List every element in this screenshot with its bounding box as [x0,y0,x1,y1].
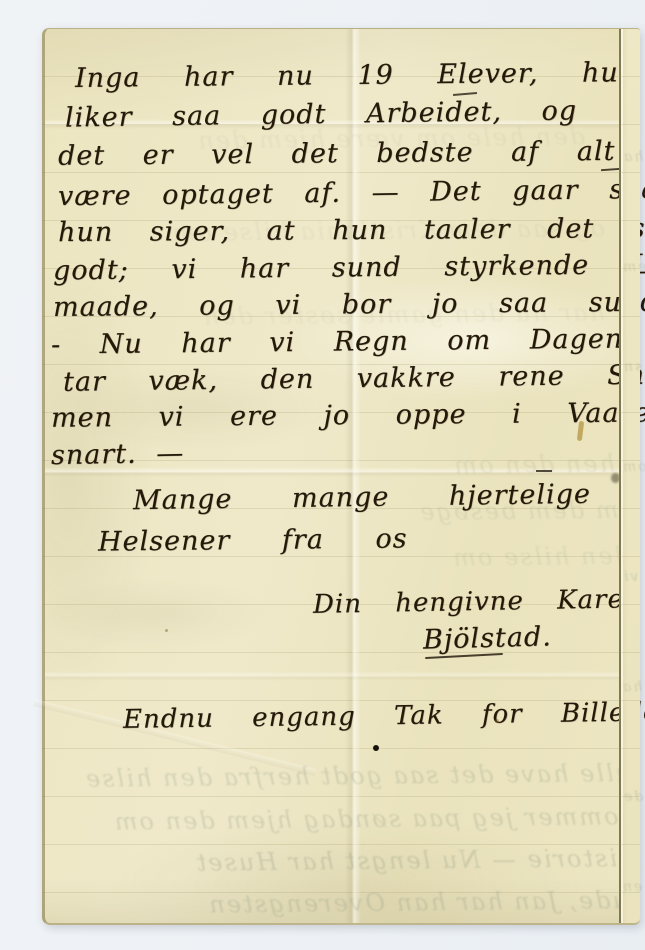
ink-bleedthrough-line: alle have det saa godt herfra den hilse [75,759,630,793]
right-fold-strip: ha dem sn om vi ha de en [619,29,640,923]
handwriting-line-13: Helsener fra os [98,522,408,559]
handwriting-line-4: være optaget af. — Det gaar saa bra [58,172,645,214]
ink-bleedthrough-fragment: vi [622,569,639,585]
handwriting-line-7: maade, og vi bor jo saa sundt. - [53,285,645,325]
ink-bleedthrough-fragment: ha [622,149,644,165]
ink-bleedthrough-line: Historie — Nu lengst har Huset [85,844,640,878]
handwriting-line-11: snart. — [51,437,185,473]
crease-horizontal-lower [45,671,640,681]
foxing-speck [165,629,168,632]
ink-blot [373,745,379,751]
handwriting-line-3: det er vel det bedste af alt at [58,134,645,173]
scan-background: { "page": { "background_color": "#eef1f5… [0,0,645,950]
ink-bleedthrough-fragment: ha [621,679,643,695]
handwriting-line-9: tar væk, den vakkre rene Snee, [63,358,645,400]
ink-bleedthrough-fragment: om [621,459,645,475]
ink-bleedthrough-fragment: sn [622,359,642,375]
handwriting-line-6: godt; vi har sund styrkende Leve- [53,248,645,289]
ink-bleedthrough-line: hen den om [375,450,615,481]
letter-page: den hele om være hjem den og saa dem Kri… [42,28,640,925]
ink-bleedthrough-fragment: de [622,789,643,805]
ink-bleedthrough-line: ude, Jan har han Overengsten [93,886,628,920]
ink-bleedthrough-fragment: dem [621,259,645,275]
handwriting-line-2: liker saa godt Arbeidet, og [65,94,578,135]
ink-bleedthrough-fragment: en [621,879,642,895]
ink-bleedthrough-line: kommer jeg paa søndag hjem den om [100,802,635,836]
ink-bleedthrough-line: den hilse om [395,542,630,572]
handwriting-line-12: Mange mange hjertelige [133,478,591,518]
signature-name: Bjölstad. [423,620,553,657]
handwriting-line-10: men vi ere jo oppe i Vaaren [51,396,645,435]
signature-closing-line: Din hengivne Karen [313,582,642,622]
handwriting-line-1: Inga har nu 19 Elever, hun [75,56,637,96]
postscript-line: Endnu engang Tak for Billedet! [123,695,645,737]
stray-dash-mark [536,470,552,472]
handwriting-line-5: hun siger, at hun taaler det saa [58,212,645,250]
foxing-speck [495,719,499,723]
handwriting-line-8: - Nu har vi Regn om Dagen, som [51,321,645,362]
